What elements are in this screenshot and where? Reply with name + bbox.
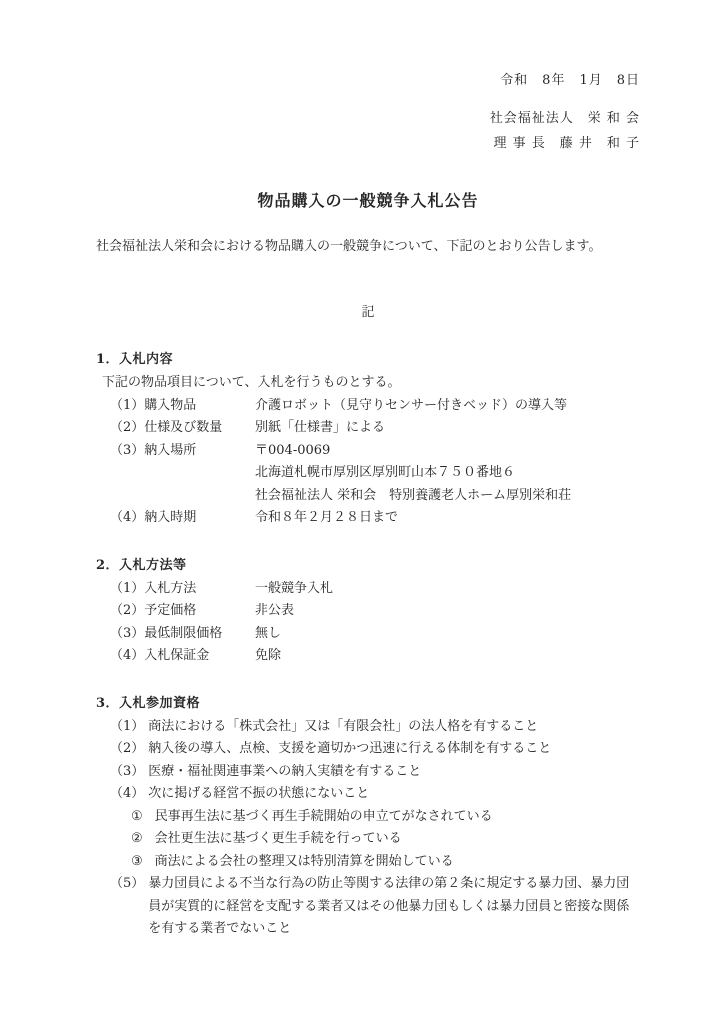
item-label: （1）入札方法	[110, 578, 255, 601]
document-content: 令和 8年 1月 8日 社会福祉法人 栄 和 会 理 事 長 藤 井 和 子 物…	[0, 70, 724, 941]
qualification-item: （3） 医療・福祉関連事業への納入実績を有すること	[96, 761, 640, 784]
qualification-subitem: ② 会社更生法に基づく更生手続を行っている	[96, 828, 640, 851]
subitem-number: ①	[131, 806, 143, 829]
item-row-bid-deposit: （4）入札保証金 免除	[96, 645, 640, 668]
qualification-subitem: ③ 商法による会社の整理又は特別清算を開始している	[96, 851, 640, 874]
item-row-purchase-goods: （1）購入物品 介護ロボット（見守りセンサー付きベッド）の導入等	[96, 395, 640, 418]
item-row-minimum-price: （3）最低制限価格 無し	[96, 623, 640, 646]
item-number: （4）	[110, 783, 144, 806]
item-value-group: 〒004-0069 北海道札幌市厚別区厚別町山本７５０番地６ 社会福祉法人 栄和…	[255, 440, 640, 508]
item-row-planned-price: （2）予定価格 非公表	[96, 600, 640, 623]
address-line: 北海道札幌市厚別区厚別町山本７５０番地６	[255, 462, 640, 485]
signature-block: 社会福祉法人 栄 和 会 理 事 長 藤 井 和 子	[96, 106, 640, 156]
record-marker: 記	[96, 302, 640, 324]
item-row-delivery-place: （3）納入場所 〒004-0069 北海道札幌市厚別区厚別町山本７５０番地６ 社…	[96, 440, 640, 508]
subitem-number: ②	[131, 828, 143, 851]
qualification-item: （5） 暴力団員による不当な行為の防止等関する法律の第２条に規定する暴力団、暴力…	[96, 873, 640, 941]
document-title: 物品購入の一般競争入札公告	[96, 188, 640, 214]
section-heading: 3．入札参加資格	[96, 692, 640, 716]
item-text: 次に掲げる経営不振の状態にないこと	[148, 783, 640, 806]
document-page: 令和 8年 1月 8日 社会福祉法人 栄 和 会 理 事 長 藤 井 和 子 物…	[0, 0, 724, 1024]
section-qualification: 3．入札参加資格 （1） 商法における「株式会社」又は「有限会社」の法人格を有す…	[96, 692, 640, 941]
subitem-text: 会社更生法に基づく更生手続を行っている	[155, 828, 640, 851]
item-value: 別紙「仕様書」による	[255, 417, 640, 440]
section-bid-method: 2．入札方法等 （1）入札方法 一般競争入札 （2）予定価格 非公表 （3）最低…	[96, 554, 640, 668]
item-value: 一般競争入札	[255, 578, 640, 601]
item-number: （5）	[110, 873, 144, 941]
item-label: （1）購入物品	[110, 395, 255, 418]
qualification-item: （1） 商法における「株式会社」又は「有限会社」の法人格を有すること	[96, 716, 640, 739]
item-value: 無し	[255, 623, 640, 646]
section-heading: 1．入札内容	[96, 348, 640, 372]
item-label: （4）納入時期	[110, 507, 255, 530]
item-value: 非公表	[255, 600, 640, 623]
section-lead: 下記の物品項目について、入札を行うものとする。	[96, 372, 640, 395]
qualification-item: （4） 次に掲げる経営不振の状態にないこと	[96, 783, 640, 806]
subitem-text: 民事再生法に基づく再生手続開始の申立てがなされている	[155, 806, 640, 829]
item-label: （2）仕様及び数量	[110, 417, 255, 440]
item-value: 介護ロボット（見守りセンサー付きベッド）の導入等	[255, 395, 640, 418]
issue-date: 令和 8年 1月 8日	[96, 70, 640, 92]
postal-code: 〒004-0069	[255, 440, 640, 463]
qualification-subitem: ① 民事再生法に基づく再生手続開始の申立てがなされている	[96, 806, 640, 829]
section-heading: 2．入札方法等	[96, 554, 640, 578]
qualification-item: （2） 納入後の導入、点検、支援を適切かつ迅速に行える体制を有すること	[96, 738, 640, 761]
item-number: （2）	[110, 738, 144, 761]
intro-text: 社会福祉法人栄和会における物品購入の一般競争について、下記のとおり公告します。	[96, 236, 640, 258]
item-row-spec-quantity: （2）仕様及び数量 別紙「仕様書」による	[96, 417, 640, 440]
item-label: （2）予定価格	[110, 600, 255, 623]
item-row-delivery-period: （4）納入時期 令和８年２月２８日まで	[96, 507, 640, 530]
signer-name: 理 事 長 藤 井 和 子	[96, 131, 640, 156]
item-label: （4）入札保証金	[110, 645, 255, 668]
section-bid-contents: 1．入札内容 下記の物品項目について、入札を行うものとする。 （1）購入物品 介…	[96, 348, 640, 530]
facility-name: 社会福祉法人 栄和会 特別養護老人ホーム厚別栄和荘	[255, 485, 640, 508]
item-row-bid-method: （1）入札方法 一般競争入札	[96, 578, 640, 601]
item-text: 医療・福祉関連事業への納入実績を有すること	[148, 761, 640, 784]
item-value: 令和８年２月２８日まで	[255, 507, 640, 530]
item-text: 暴力団員による不当な行為の防止等関する法律の第２条に規定する暴力団、暴力団員が実…	[148, 873, 640, 941]
subitem-number: ③	[131, 851, 143, 874]
item-text: 商法における「株式会社」又は「有限会社」の法人格を有すること	[148, 716, 640, 739]
item-number: （1）	[110, 716, 144, 739]
item-label: （3）最低制限価格	[110, 623, 255, 646]
item-value: 免除	[255, 645, 640, 668]
item-number: （3）	[110, 761, 144, 784]
subitem-text: 商法による会社の整理又は特別清算を開始している	[155, 851, 640, 874]
organization-name: 社会福祉法人 栄 和 会	[96, 106, 640, 131]
item-text: 納入後の導入、点検、支援を適切かつ迅速に行える体制を有すること	[148, 738, 640, 761]
item-label: （3）納入場所	[110, 440, 255, 508]
